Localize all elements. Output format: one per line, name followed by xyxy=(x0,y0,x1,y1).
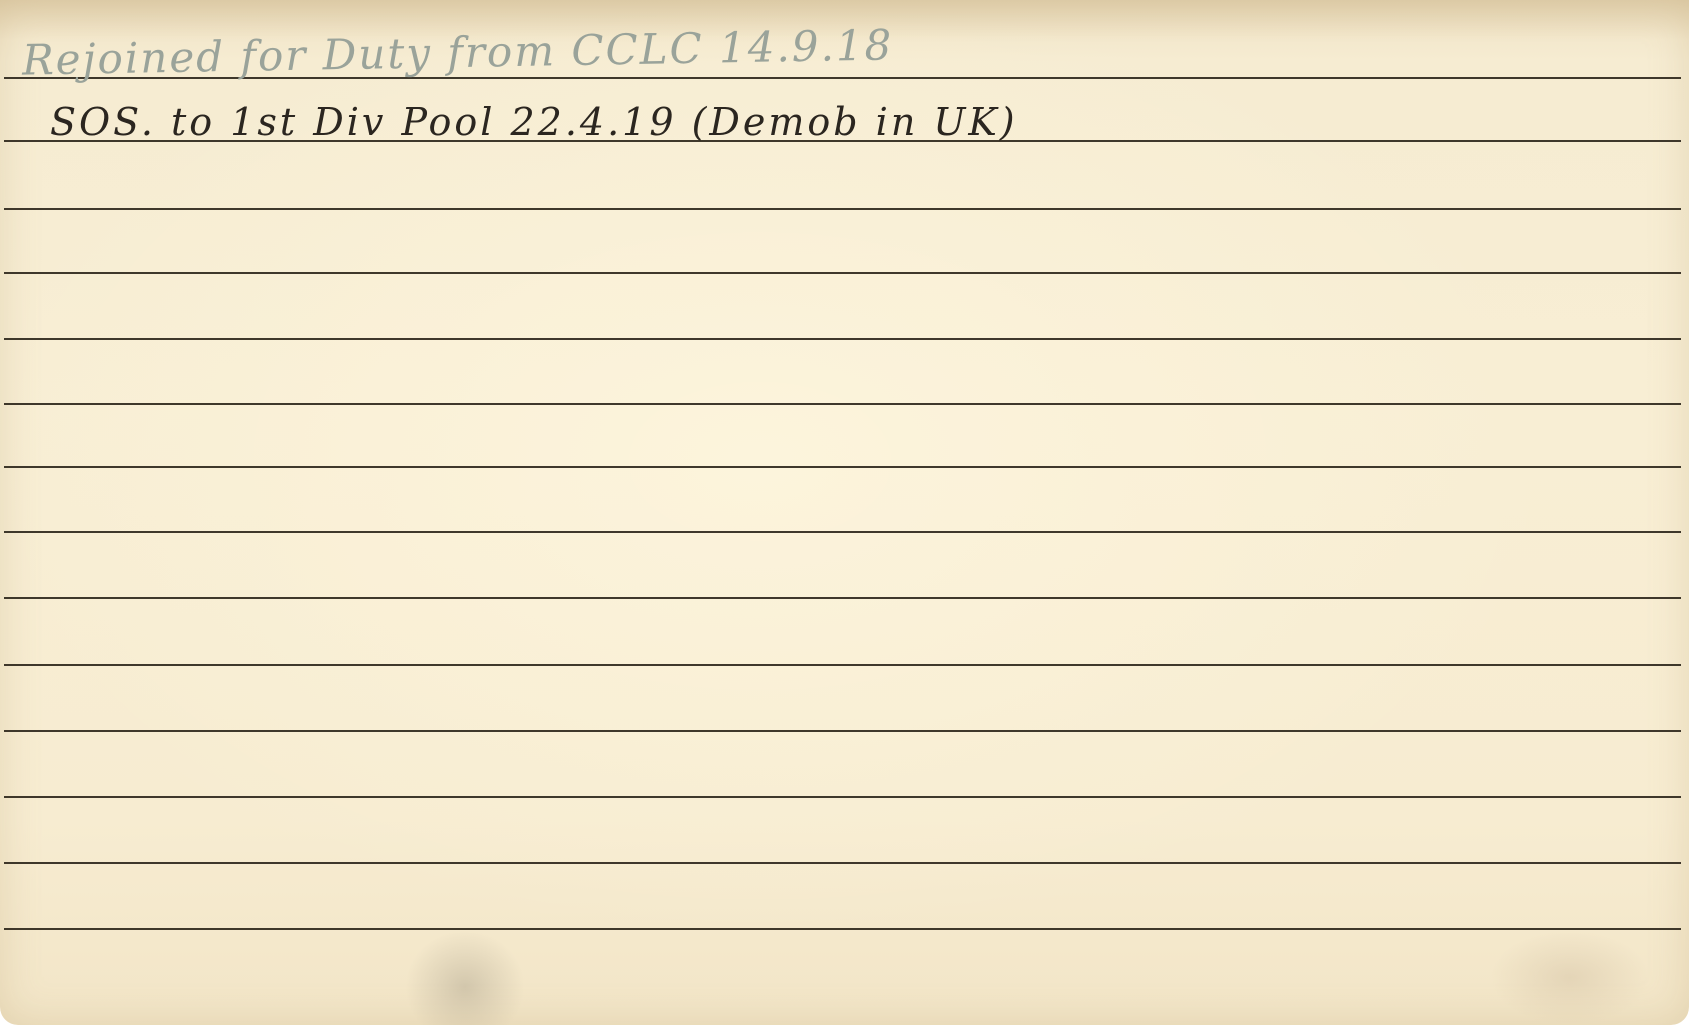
ruled-line xyxy=(4,928,1681,930)
pencil-entry: Rejoined for Duty from CCLC 14.9.18 xyxy=(22,20,894,84)
stain-mark xyxy=(1490,930,1650,1025)
ruled-line xyxy=(4,730,1681,732)
ruled-line xyxy=(4,531,1681,533)
ink-entry: SOS. to 1st Div Pool 22.4.19 (Demob in U… xyxy=(50,100,1018,144)
ruled-line xyxy=(4,862,1681,864)
ruled-line xyxy=(4,208,1681,210)
ruled-line xyxy=(4,338,1681,340)
ruled-line xyxy=(4,664,1681,666)
smudge-mark xyxy=(405,930,525,1025)
ruled-line xyxy=(4,597,1681,599)
ruled-line xyxy=(4,466,1681,468)
record-card: Rejoined for Duty from CCLC 14.9.18 SOS.… xyxy=(0,0,1689,1025)
ruled-line xyxy=(4,796,1681,798)
ruled-line xyxy=(4,403,1681,405)
ruled-line xyxy=(4,272,1681,274)
